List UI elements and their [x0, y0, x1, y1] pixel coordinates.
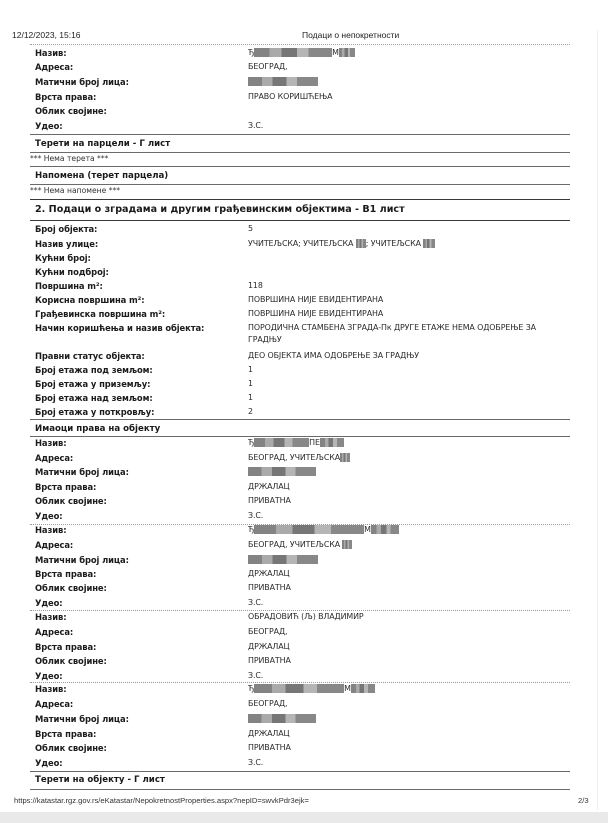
value-name: ОБРАДОВИЋ (Љ) ВЛАДИМИР	[248, 612, 364, 621]
divider	[30, 419, 570, 420]
redacted-text	[342, 540, 352, 549]
divider	[30, 789, 570, 790]
redacted-text	[351, 684, 375, 693]
value-ownership-form: ПРИВАТНА	[248, 583, 291, 592]
divider	[30, 199, 570, 200]
redacted-text	[248, 77, 318, 86]
label-building-area: Грађевинска површина m²:	[35, 309, 165, 319]
label-address: Адреса:	[35, 62, 73, 72]
label-share: Удео:	[35, 121, 63, 131]
value-share: З.С.	[248, 121, 263, 130]
label-ownership-form: Облик својине:	[35, 106, 107, 116]
label-right-type: Врста права:	[35, 92, 96, 102]
value-share: З.С.	[248, 511, 263, 520]
label-floors-attic: Број етажа у поткровљу:	[35, 407, 154, 417]
value-id-number	[248, 467, 316, 476]
page-url[interactable]: https://katastar.rgz.gov.rs/eKatastar/Ne…	[14, 796, 309, 805]
label-right-type: Врста права:	[35, 642, 96, 652]
divider	[30, 152, 570, 153]
value-ownership-form: ПРИВАТНА	[248, 743, 291, 752]
label-address: Адреса:	[35, 627, 73, 637]
label-ownership-form: Облик својине:	[35, 656, 107, 666]
label-legal-status: Правни статус објекта:	[35, 351, 145, 361]
label-floors-ground: Број етажа у приземљу:	[35, 379, 150, 389]
value-id-number	[248, 77, 318, 86]
value-floors-underground: 1	[248, 365, 253, 374]
divider	[30, 436, 570, 437]
label-right-type: Врста права:	[35, 569, 96, 579]
label-ownership-form: Облик својине:	[35, 583, 107, 593]
value-name: ЂМ	[248, 48, 355, 57]
divider	[30, 166, 570, 167]
label-right-type: Врста права:	[35, 482, 96, 492]
value-right-type: ДРЖАЛАЦ	[248, 729, 290, 738]
label-ownership-form: Облик својине:	[35, 743, 107, 753]
divider	[30, 682, 570, 683]
redacted-text	[254, 48, 332, 57]
page-gap	[0, 812, 608, 823]
redacted-text	[423, 239, 435, 248]
divider	[30, 184, 570, 185]
value-right-type: ДРЖАЛАЦ	[248, 642, 290, 651]
redacted-text	[371, 525, 399, 534]
value-address: БЕОГРАД,	[248, 62, 287, 71]
value-building-area: ПОВРШИНА НИЈЕ ЕВИДЕНТИРАНА	[248, 309, 383, 318]
value-object-number: 5	[248, 224, 253, 233]
value-name: ЂМ	[248, 525, 399, 534]
label-ownership-form: Облик својине:	[35, 496, 107, 506]
label-usage-and-name: Начин коришћења и назив објекта:	[35, 323, 204, 333]
value-usage-and-name: ПОРОДИЧНА СТАМБЕНА ЗГРАДА-Пк ДРУГЕ ЕТАЖЕ…	[248, 322, 548, 346]
value-usable-area: ПОВРШИНА НИЈЕ ЕВИДЕНТИРАНА	[248, 295, 383, 304]
label-street-name: Назив улице:	[35, 239, 98, 249]
redacted-text	[339, 48, 355, 57]
value-right-type: ДРЖАЛАЦ	[248, 482, 290, 491]
redacted-text	[340, 453, 350, 462]
no-note-text: *** Нема напомене ***	[30, 186, 120, 195]
redacted-text	[248, 555, 318, 564]
label-name: Назив:	[35, 525, 66, 535]
print-datetime: 12/12/2023, 15:16	[12, 30, 81, 40]
label-share: Удео:	[35, 511, 63, 521]
value-share: З.С.	[248, 671, 263, 680]
value-id-number	[248, 714, 316, 723]
divider	[30, 220, 570, 221]
redacted-text	[248, 714, 316, 723]
label-share: Удео:	[35, 598, 63, 608]
label-name: Назив:	[35, 684, 66, 694]
redacted-text	[254, 525, 364, 534]
value-share: З.С.	[248, 598, 263, 607]
redacted-text	[248, 467, 316, 476]
page-number: 2/3	[578, 796, 589, 805]
label-address: Адреса:	[35, 699, 73, 709]
value-ownership-form: ПРИВАТНА	[248, 656, 291, 665]
value-name: ЂПЕ	[248, 438, 344, 447]
section-title-object-owners: Имаоци права на објекту	[35, 424, 160, 434]
value-ownership-form: ПРИВАТНА	[248, 496, 291, 505]
value-address: БЕОГРАД, УЧИТЕЉСКА	[248, 540, 352, 549]
value-legal-status: ДЕО ОБЈЕКТА ИМА ОДОБРЕЊЕ ЗА ГРАДЊУ	[248, 351, 419, 360]
divider	[30, 134, 570, 135]
section-title-parcel-note: Напомена (терет парцела)	[35, 171, 168, 181]
page-edge	[597, 30, 598, 810]
label-address: Адреса:	[35, 540, 73, 550]
value-right-type: ПРАВО КОРИШЋЕЊА	[248, 92, 332, 101]
value-right-type: ДРЖАЛАЦ	[248, 569, 290, 578]
value-floors-ground: 1	[248, 379, 253, 388]
page-title: Подаци о непокретности	[302, 30, 399, 40]
value-floors-above: 1	[248, 393, 253, 402]
label-right-type: Врста права:	[35, 729, 96, 739]
label-id-number: Матични број лица:	[35, 555, 129, 565]
divider	[30, 610, 570, 611]
section-title-parcel-burdens: Терети на парцели - Г лист	[35, 139, 170, 149]
label-id-number: Матични број лица:	[35, 467, 129, 477]
redacted-text	[356, 239, 366, 248]
label-floors-underground: Број етажа под земљом:	[35, 365, 153, 375]
label-share: Удео:	[35, 758, 63, 768]
label-area: Површина m²:	[35, 281, 103, 291]
label-name: Назив:	[35, 48, 66, 58]
section-title-buildings: 2. Подаци о зградама и другим грађевинск…	[35, 204, 405, 215]
redacted-text	[254, 684, 344, 693]
value-address: БЕОГРАД, УЧИТЕЉСКА	[248, 453, 350, 462]
value-id-number	[248, 555, 318, 564]
value-area: 118	[248, 281, 263, 290]
label-id-number: Матични број лица:	[35, 714, 129, 724]
value-name: ЂМ	[248, 684, 375, 693]
label-floors-above: Број етажа над земљом:	[35, 393, 153, 403]
label-share: Удео:	[35, 671, 63, 681]
label-usable-area: Корисна површина m²:	[35, 295, 144, 305]
redacted-text	[254, 438, 309, 447]
value-share: З.С.	[248, 758, 263, 767]
label-name: Назив:	[35, 438, 66, 448]
label-object-number: Број објекта:	[35, 224, 97, 234]
label-id-number: Матични број лица:	[35, 77, 129, 87]
value-floors-attic: 2	[248, 407, 253, 416]
value-street-name: УЧИТЕЉСКА; УЧИТЕЉСКА ; УЧИТЕЉСКА	[248, 239, 435, 248]
section-title-object-burdens: Терети на објекту - Г лист	[35, 775, 165, 785]
redacted-text	[320, 438, 344, 447]
no-burdens-text: *** Нема терета ***	[30, 154, 108, 163]
label-name: Назив:	[35, 612, 66, 622]
label-address: Адреса:	[35, 453, 73, 463]
value-address: БЕОГРАД,	[248, 627, 287, 636]
divider	[30, 771, 570, 772]
label-house-subnumber: Кућни подброј:	[35, 267, 109, 277]
value-address: БЕОГРАД,	[248, 699, 287, 708]
divider	[30, 44, 570, 45]
label-house-number: Кућни број:	[35, 253, 91, 263]
